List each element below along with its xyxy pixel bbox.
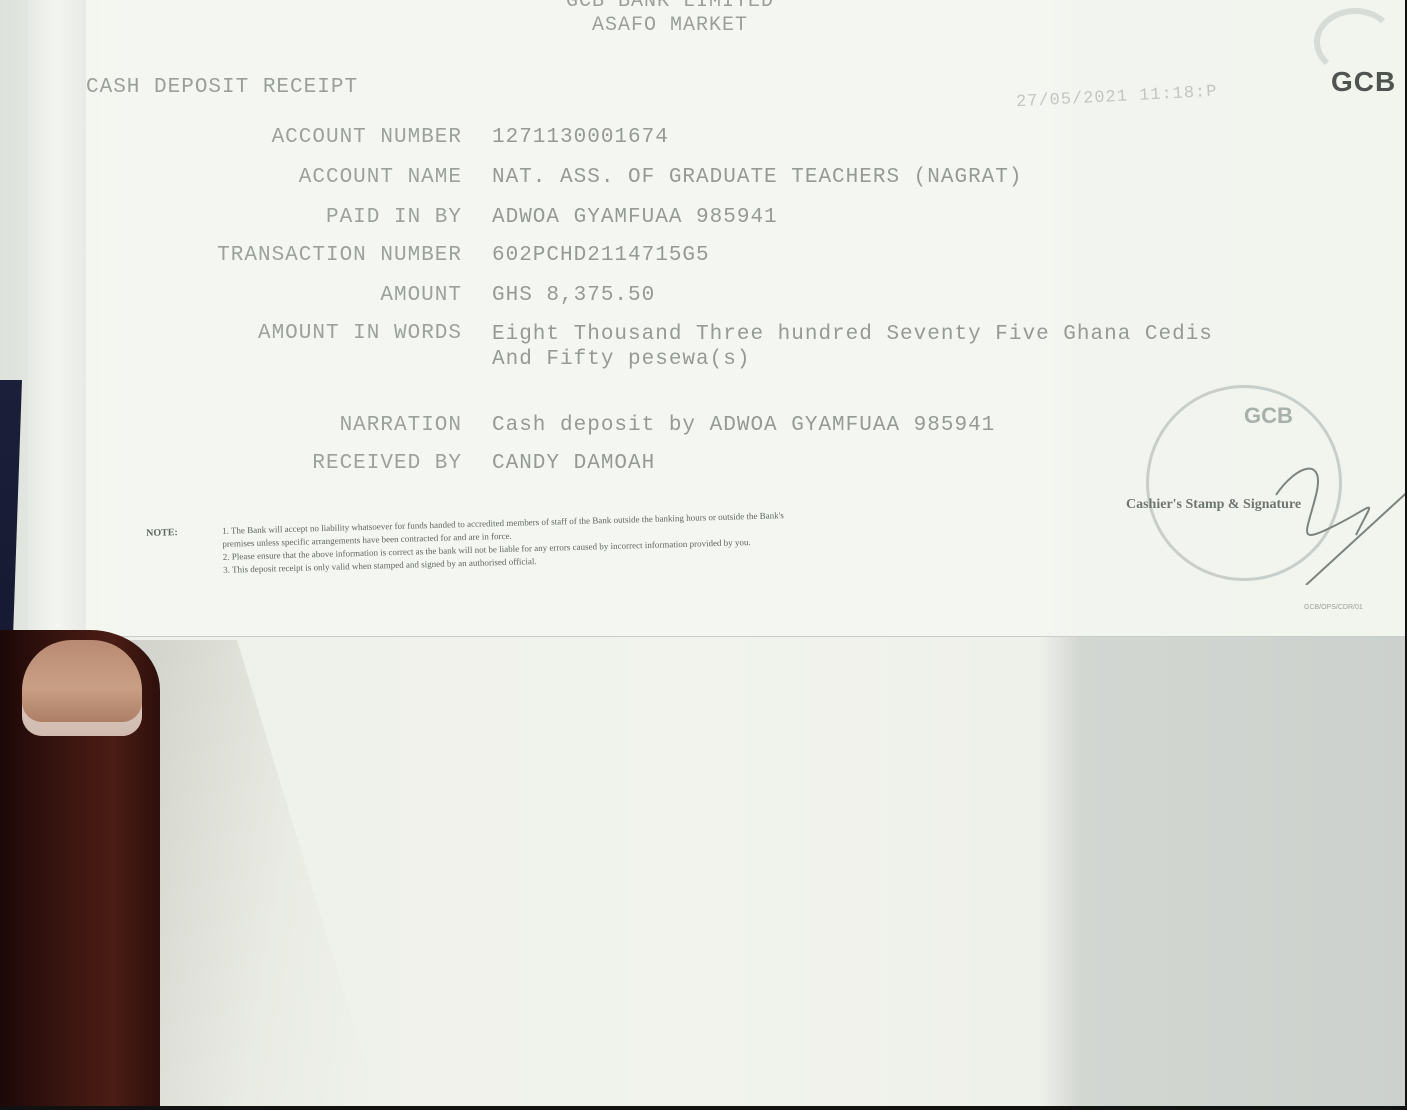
- field-value: NAT. ASS. OF GRADUATE TEACHERS (NAGRAT): [492, 166, 1022, 189]
- field-label: ACCOUNT NUMBER: [86, 126, 462, 149]
- thumbnail-nail: [22, 640, 142, 736]
- field-value: GHS 8,375.50: [492, 284, 655, 307]
- stamp-logo: GCB: [1244, 403, 1293, 429]
- field-transaction-number: TRANSACTION NUMBER 602PCHD2114715G5: [86, 244, 710, 267]
- field-amount-in-words: AMOUNT IN WORDS Eight Thousand Three hun…: [86, 322, 1213, 372]
- field-value: Cash deposit by ADWOA GYAMFUAA 985941: [492, 414, 995, 437]
- field-value: 602PCHD2114715G5: [492, 244, 710, 267]
- field-label: PAID IN BY: [86, 206, 462, 229]
- field-account-number: ACCOUNT NUMBER 1271130001674: [86, 126, 669, 149]
- timestamp: 27/05/2021 11:18:P: [1016, 83, 1218, 113]
- form-code: GCB/OPS/CDR/01: [1304, 604, 1363, 611]
- field-amount: AMOUNT GHS 8,375.50: [86, 284, 655, 307]
- field-value: 1271130001674: [492, 126, 669, 149]
- stamp-caption: Cashier's Stamp & Signature: [1126, 497, 1301, 513]
- field-label: TRANSACTION NUMBER: [86, 244, 462, 267]
- field-account-name: ACCOUNT NAME NAT. ASS. OF GRADUATE TEACH…: [86, 166, 1022, 189]
- note-label: NOTE:: [146, 527, 178, 539]
- receipt-title: CASH DEPOSIT RECEIPT: [86, 76, 358, 99]
- field-value: Eight Thousand Three hundred Seventy Fiv…: [492, 322, 1213, 372]
- frame-border: [0, 1106, 1407, 1110]
- branch-name: ASAFO MARKET: [566, 14, 774, 38]
- field-label: ACCOUNT NAME: [86, 166, 462, 189]
- bank-logo-text: GCB: [1331, 66, 1396, 98]
- bank-header: GCB BANK LIMITED ASAFO MARKET: [566, 0, 774, 38]
- receipt-notes: NOTE: 1. The Bank will accept no liabili…: [146, 500, 1146, 528]
- bank-name: GCB BANK LIMITED: [566, 0, 774, 14]
- cash-deposit-receipt: GCB BANK LIMITED ASAFO MARKET CASH DEPOS…: [86, 0, 1407, 637]
- amount-words-line-2: And Fifty pesewa(s): [492, 347, 1213, 372]
- field-narration: NARRATION Cash deposit by ADWOA GYAMFUAA…: [86, 414, 995, 437]
- field-value: CANDY DAMOAH: [492, 452, 655, 475]
- field-label: RECEIVED BY: [86, 452, 462, 475]
- field-value: ADWOA GYAMFUAA 985941: [492, 206, 778, 229]
- field-received-by: RECEIVED BY CANDY DAMOAH: [86, 452, 655, 475]
- amount-words-line-1: Eight Thousand Three hundred Seventy Fiv…: [492, 322, 1213, 347]
- field-paid-in-by: PAID IN BY ADWOA GYAMFUAA 985941: [86, 206, 778, 229]
- cashier-stamp: GCB Cashier's Stamp & Signature: [1126, 385, 1386, 585]
- field-label: NARRATION: [86, 414, 462, 437]
- field-label: AMOUNT IN WORDS: [86, 322, 462, 372]
- field-label: AMOUNT: [86, 284, 462, 307]
